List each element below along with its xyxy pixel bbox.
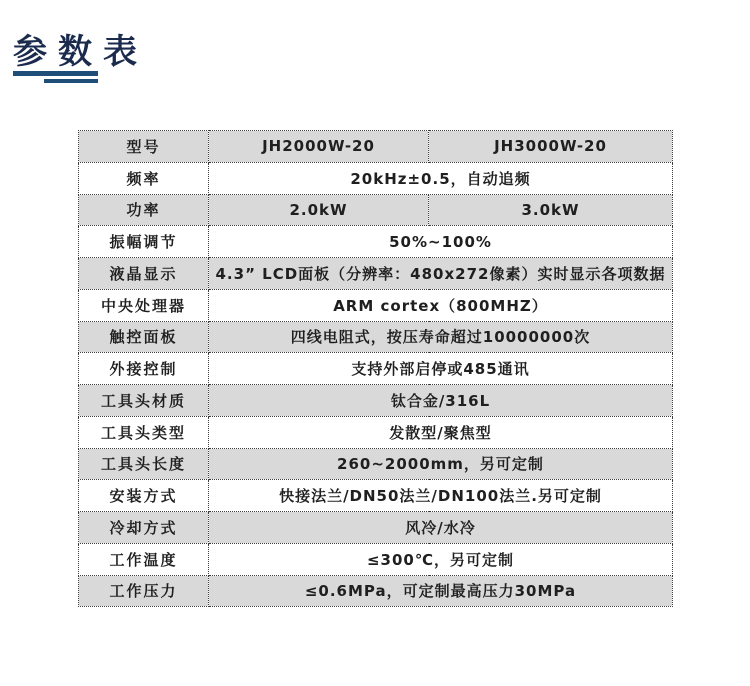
spec-value-cell: ≤0.6MPa，可定制最高压力30MPa bbox=[209, 575, 673, 607]
table-row-installation: 安装方式 快接法兰/DN50法兰/DN100法兰.另可定制 bbox=[79, 480, 673, 512]
spec-value-cell: 四线电阻式，按压寿命超过10000000次 bbox=[209, 321, 673, 353]
spec-value-cell: ARM cortex（800MHZ） bbox=[209, 289, 673, 321]
spec-value-cell: 3.0kW bbox=[429, 194, 673, 226]
spec-label-cell: 外接控制 bbox=[79, 353, 209, 385]
spec-label-cell: 触控面板 bbox=[79, 321, 209, 353]
spec-label-cell: 功率 bbox=[79, 194, 209, 226]
spec-value-cell: 钛合金/316L bbox=[209, 385, 673, 417]
spec-value-cell: 260~2000mm，另可定制 bbox=[209, 448, 673, 480]
spec-label-cell: 型号 bbox=[79, 131, 209, 163]
spec-value-cell: 快接法兰/DN50法兰/DN100法兰.另可定制 bbox=[209, 480, 673, 512]
parameter-table: 型号 JH2000W-20 JH3000W-20 频率 20kHz±0.5，自动… bbox=[78, 130, 673, 607]
spec-label-cell: 安装方式 bbox=[79, 480, 209, 512]
spec-label-cell: 冷却方式 bbox=[79, 512, 209, 544]
table-row-working-temperature: 工作温度 ≤300℃，另可定制 bbox=[79, 543, 673, 575]
spec-label-cell: 液晶显示 bbox=[79, 258, 209, 290]
spec-label-cell: 中央处理器 bbox=[79, 289, 209, 321]
table-row-toolhead-length: 工具头长度 260~2000mm，另可定制 bbox=[79, 448, 673, 480]
spec-label-cell: 频率 bbox=[79, 162, 209, 194]
table-row-model: 型号 JH2000W-20 JH3000W-20 bbox=[79, 131, 673, 163]
spec-label-cell: 工具头长度 bbox=[79, 448, 209, 480]
spec-value-cell: 50%~100% bbox=[209, 226, 673, 258]
spec-label-cell: 工具头类型 bbox=[79, 416, 209, 448]
spec-label-cell: 振幅调节 bbox=[79, 226, 209, 258]
table-row-working-pressure: 工作压力 ≤0.6MPa，可定制最高压力30MPa bbox=[79, 575, 673, 607]
spec-value-cell: JH3000W-20 bbox=[429, 131, 673, 163]
table-row-amplitude: 振幅调节 50%~100% bbox=[79, 226, 673, 258]
spec-value-cell: 4.3” LCD面板（分辨率：480x272像素）实时显示各项数据 bbox=[209, 258, 673, 290]
page-title: 参数表 bbox=[13, 24, 148, 73]
spec-value-cell: 支持外部启停或485通讯 bbox=[209, 353, 673, 385]
table-row-toolhead-material: 工具头材质 钛合金/316L bbox=[79, 385, 673, 417]
spec-label-cell: 工作温度 bbox=[79, 543, 209, 575]
spec-value-cell: ≤300℃，另可定制 bbox=[209, 543, 673, 575]
table-row-external-control: 外接控制 支持外部启停或485通讯 bbox=[79, 353, 673, 385]
table-row-cooling: 冷却方式 风冷/水冷 bbox=[79, 512, 673, 544]
spec-value-cell: 发散型/聚焦型 bbox=[209, 416, 673, 448]
spec-value-cell: 20kHz±0.5，自动追频 bbox=[209, 162, 673, 194]
spec-value-cell: 2.0kW bbox=[209, 194, 429, 226]
table-row-frequency: 频率 20kHz±0.5，自动追频 bbox=[79, 162, 673, 194]
spec-sheet-page: 参数表 型号 JH2000W-20 JH3000W-20 频率 20kHz±0.… bbox=[0, 0, 750, 686]
spec-label-cell: 工具头材质 bbox=[79, 385, 209, 417]
table-row-toolhead-type: 工具头类型 发散型/聚焦型 bbox=[79, 416, 673, 448]
table-row-lcd-display: 液晶显示 4.3” LCD面板（分辨率：480x272像素）实时显示各项数据 bbox=[79, 258, 673, 290]
spec-value-cell: JH2000W-20 bbox=[209, 131, 429, 163]
table-row-touch-panel: 触控面板 四线电阻式，按压寿命超过10000000次 bbox=[79, 321, 673, 353]
title-underline-thick bbox=[13, 71, 98, 76]
spec-value-cell: 风冷/水冷 bbox=[209, 512, 673, 544]
table-row-cpu: 中央处理器 ARM cortex（800MHZ） bbox=[79, 289, 673, 321]
spec-label-cell: 工作压力 bbox=[79, 575, 209, 607]
title-underline-thin bbox=[44, 79, 98, 83]
table-row-power: 功率 2.0kW 3.0kW bbox=[79, 194, 673, 226]
